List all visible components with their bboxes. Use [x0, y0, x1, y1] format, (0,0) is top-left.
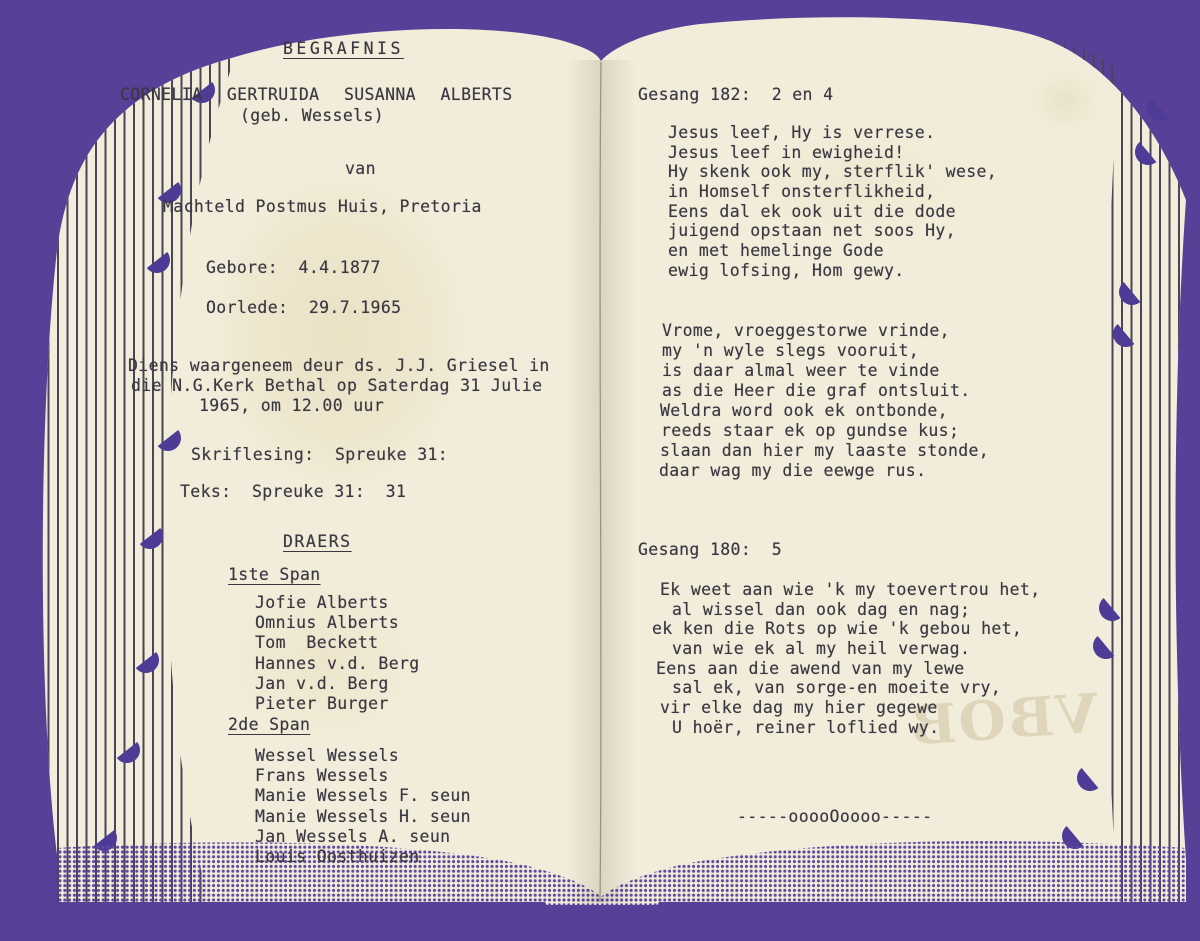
- hymn-line: Weldra word ook ek ontbonde,: [660, 402, 948, 421]
- born-date: Gebore: 4.4.1877: [206, 259, 381, 278]
- span1-heading: 1ste Span: [228, 566, 321, 585]
- span2-heading: 2de Span: [228, 716, 310, 735]
- deceased-name: CORNELIA GERTRUIDA SUSANNA ALBERTS: [120, 86, 513, 105]
- service-detail-line: Diens waargeneem deur ds. J.J. Griesel i…: [128, 357, 550, 376]
- hymn-line: Jesus leef in ewigheid!: [668, 144, 905, 163]
- hymn2-heading: Gesang 180: 5: [638, 541, 782, 560]
- hymn1-heading: Gesang 182: 2 en 4: [638, 86, 833, 105]
- pallbearer-name: Jan Wessels A. seun: [255, 828, 450, 847]
- preposition-van: van: [345, 160, 376, 179]
- hymn-line: reeds staar ek op gundse kus;: [661, 422, 959, 441]
- hymn-line: en met hemelinge Gode: [668, 242, 884, 261]
- pallbearer-name: Jan v.d. Berg: [255, 675, 389, 694]
- hymn-line: as die Heer die graf ontsluit.: [662, 382, 971, 401]
- hymn-line: Hy skenk ook my, sterflik' wese,: [668, 163, 997, 182]
- text-verse: Teks: Spreuke 31: 31: [180, 483, 406, 502]
- hymn-line: al wissel dan ook dag en nag;: [672, 601, 970, 620]
- died-date: Oorlede: 29.7.1965: [206, 299, 401, 318]
- hymn-line: juigend opstaan net soos Hy,: [668, 222, 956, 241]
- hymn-line: in Homself onsterflikheid,: [668, 183, 935, 202]
- pallbearer-name: Manie Wessels F. seun: [255, 787, 471, 806]
- hymn-line: Eens aan die awend van my lewe: [656, 660, 965, 679]
- hymn-line: van wie ek al my heil verwag.: [672, 640, 970, 659]
- hymn-line: is daar almal weer te vinde: [662, 362, 940, 381]
- hymn-line: Ek weet aan wie 'k my toevertrou het,: [660, 581, 1041, 600]
- service-detail-line: die N.G.Kerk Bethal op Saterdag 31 Julie: [131, 377, 542, 396]
- pallbearer-name: Manie Wessels H. seun: [255, 808, 471, 827]
- draers-heading: DRAERS: [283, 533, 352, 552]
- hymn-line: my 'n wyle slegs vooruit,: [662, 342, 919, 361]
- pallbearer-name: Hannes v.d. Berg: [255, 655, 420, 674]
- pallbearer-name: Omnius Alberts: [255, 614, 399, 633]
- scripture-reading: Skriflesing: Spreuke 31:: [191, 446, 448, 465]
- pallbearer-name: Wessel Wessels: [255, 747, 399, 766]
- hymn-line: Jesus leef, Hy is verrese.: [668, 124, 935, 143]
- hymn-line: ek ken die Rots op wie 'k gebou het,: [652, 620, 1022, 639]
- hymn-line: slaan dan hier my laaste stonde,: [660, 442, 989, 461]
- hymn-line: sal ek, van sorge-en moeite vry,: [672, 679, 1001, 698]
- open-book-illustration: [0, 0, 1200, 941]
- pallbearer-name: Frans Wessels: [255, 767, 389, 786]
- pallbearer-name: Jofie Alberts: [255, 594, 389, 613]
- hymn-line: vir elke dag my hier gegewe: [660, 699, 938, 718]
- scanned-program: VBOB BEGRAFNIS CORNELIA GERTRUIDA SUSANN…: [0, 0, 1200, 941]
- page-title: BEGRAFNIS: [283, 40, 404, 59]
- pallbearer-name: Louis Oosthuizen: [255, 848, 420, 867]
- service-detail-line: 1965, om 12.00 uur: [199, 397, 384, 416]
- hymn-line: Vrome, vroeggestorwe vrinde,: [662, 322, 950, 341]
- residence: Machteld Postmus Huis, Pretoria: [163, 198, 482, 217]
- pallbearer-name: Pieter Burger: [255, 695, 389, 714]
- hymn-line: daar wag my die eewge rus.: [659, 462, 926, 481]
- maiden-name: (geb. Wessels): [240, 107, 384, 126]
- decorative-separator: -----ooooOoooo-----: [737, 808, 932, 827]
- hymn-line: ewig lofsing, Hom gewy.: [668, 262, 905, 281]
- pallbearer-name: Tom Beckett: [255, 634, 378, 653]
- hymn-line: U hoër, reiner loflied wy.: [672, 719, 939, 738]
- hymn-line: Eens dal ek ook uit die dode: [668, 203, 956, 222]
